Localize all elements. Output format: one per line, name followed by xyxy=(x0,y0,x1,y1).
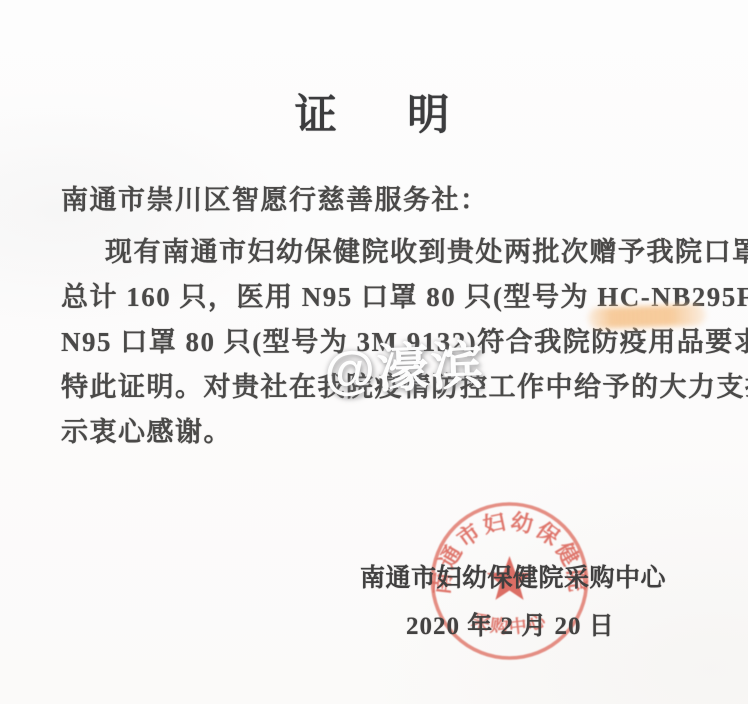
watermark-text: @濠滨 xyxy=(323,323,486,404)
certificate-document: 证 明 南通市崇川区智愿行慈善服务社： 现有南通市妇幼保健院收到贵处两批次赠予我… xyxy=(0,0,748,704)
salutation-line: 南通市崇川区智愿行慈善服务社： xyxy=(61,180,693,230)
body-line-1: 现有南通市妇幼保健院收到贵处两批次赠予我院口罩 xyxy=(61,230,693,275)
document-title: 证 明 xyxy=(0,82,748,142)
orange-redaction-smudge xyxy=(588,304,707,329)
signature-date: 2020 年 2 月 20 日 xyxy=(406,606,666,642)
signature-org: 南通市妇幼保健院采购中心 xyxy=(360,558,660,594)
body-line-5: 示衷心感谢。 xyxy=(61,410,693,455)
